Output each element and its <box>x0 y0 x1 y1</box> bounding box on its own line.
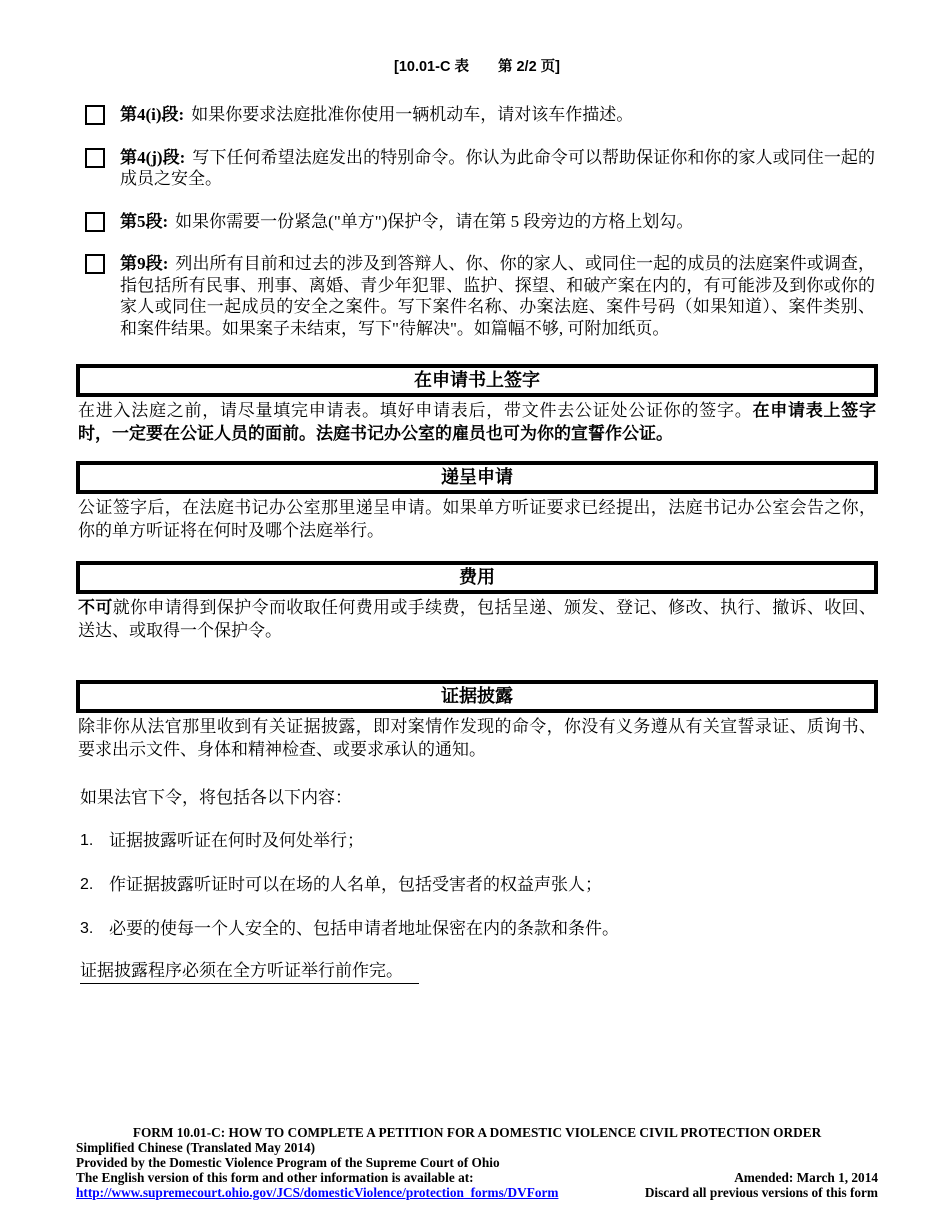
discovery-list-item: 1. 证据披露听证在何时及何处举行； <box>80 829 878 852</box>
section-heading-sign: 在申请书上签字 <box>76 364 878 397</box>
checklist-item-5: 第5段:如果你需要一份紧急("单方")保护令，请在第 5 段旁边的方格上划勾。 <box>85 211 878 233</box>
list-text: 必要的使每一个人安全的、包括申请者地址保密在内的条款和条件。 <box>109 917 619 940</box>
section-ref-label: 第4(i)段: <box>120 105 184 124</box>
section-heading-file: 递呈申请 <box>76 461 878 494</box>
form-url-link[interactable]: http://www.supremecourt.ohio.gov/JCS/dom… <box>76 1185 558 1200</box>
page-number-header: [10.01-C 表 第 2/2 页] <box>76 55 878 76</box>
section-heading-discovery: 证据披露 <box>76 680 878 713</box>
discovery-deadline-underlined: 证据披露程序必须在全方听证举行前作完。 <box>80 959 419 984</box>
checkbox-4i[interactable] <box>85 105 105 125</box>
footer-amended-date: Amended: March 1, 2014 <box>734 1170 878 1185</box>
checkbox-9[interactable] <box>85 254 105 274</box>
checklist-item-9: 第9段:列出所有目前和过去的涉及到答辩人、你、你的家人、或同住一起的成员的法庭案… <box>85 253 878 339</box>
section-ref-label: 第4(j)段: <box>120 148 185 167</box>
instruction-checklist: 第4(i)段:如果你要求法庭批准你使用一辆机动车，请对该车作描述。 第4(j)段… <box>76 104 878 339</box>
costs-lead-bold: 不可 <box>78 598 113 617</box>
section-body-costs: 不可就你申请得到保护令而收取任何费用或手续费，包括呈递、颁发、登记、修改、执行、… <box>78 597 876 642</box>
costs-body-normal: 就你申请得到保护令而收取任何费用或手续费，包括呈递、颁发、登记、修改、执行、撤诉… <box>78 598 876 640</box>
section-ref-label: 第5段: <box>120 212 168 231</box>
list-text: 证据披露听证在何时及何处举行； <box>109 829 364 852</box>
checklist-item-4i: 第4(i)段:如果你要求法庭批准你使用一辆机动车，请对该车作描述。 <box>85 104 878 126</box>
discovery-list-item: 3. 必要的使每一个人安全的、包括申请者地址保密在内的条款和条件。 <box>80 917 878 940</box>
footer-form-title: FORM 10.01-C: HOW TO COMPLETE A PETITION… <box>76 1125 878 1140</box>
sign-body-normal: 在进入法庭之前，请尽量填完申请表。填好申请表后，带文件去公证处公证你的签字。 <box>78 401 753 420</box>
discovery-list-item: 2. 作证据披露听证时可以在场的人名单，包括受害者的权益声张人； <box>80 873 878 896</box>
footer-discard-note: Discard all previous versions of this fo… <box>645 1185 878 1200</box>
section-body-sign: 在进入法庭之前，请尽量填完申请表。填好申请表后，带文件去公证处公证你的签字。在申… <box>78 400 876 445</box>
form-page: [10.01-C 表 第 2/2 页] 第4(i)段:如果你要求法庭批准你使用一… <box>0 0 950 1230</box>
instruction-text: 写下任何希望法庭发出的特别命令。你认为此命令可以帮助保证你和你的家人或同住一起的… <box>120 148 875 189</box>
section-body-file: 公证签字后，在法庭书记办公室那里递呈申请。如果单方听证要求已经提出，法庭书记办公… <box>78 497 876 542</box>
list-number: 2. <box>80 873 109 896</box>
footer-english-version-line: The English version of this form and oth… <box>76 1170 474 1185</box>
instruction-text: 如果你要求法庭批准你使用一辆机动车，请对该车作描述。 <box>191 105 633 124</box>
instruction-text: 如果你需要一份紧急("单方")保护令，请在第 5 段旁边的方格上划勾。 <box>175 212 693 231</box>
form-content: [10.01-C 表 第 2/2 页] 第4(i)段:如果你要求法庭批准你使用一… <box>76 0 878 984</box>
checklist-item-4j: 第4(j)段:写下任何希望法庭发出的特别命令。你认为此命令可以帮助保证你和你的家… <box>85 147 878 190</box>
section-ref-label: 第9段: <box>120 254 168 273</box>
list-number: 1. <box>80 829 109 852</box>
section-body-discovery: 除非你从法官那里收到有关证据披露，即对案情作发现的命令，你没有义务遵从有关宣誓录… <box>78 716 876 761</box>
footer: FORM 10.01-C: HOW TO COMPLETE A PETITION… <box>76 1125 878 1200</box>
list-number: 3. <box>80 917 109 940</box>
discovery-intro: 如果法官下令，将包括各以下内容： <box>80 786 878 809</box>
footer-provider-line: Provided by the Domestic Violence Progra… <box>76 1155 878 1170</box>
instruction-text: 列出所有目前和过去的涉及到答辩人、你、你的家人、或同住一起的成员的法庭案件或调查… <box>120 254 875 338</box>
section-heading-costs: 费用 <box>76 561 878 594</box>
footer-language-line: Simplified Chinese (Translated May 2014) <box>76 1140 878 1155</box>
checkbox-5[interactable] <box>85 212 105 232</box>
checkbox-4j[interactable] <box>85 148 105 168</box>
list-text: 作证据披露听证时可以在场的人名单，包括受害者的权益声张人； <box>109 873 602 896</box>
